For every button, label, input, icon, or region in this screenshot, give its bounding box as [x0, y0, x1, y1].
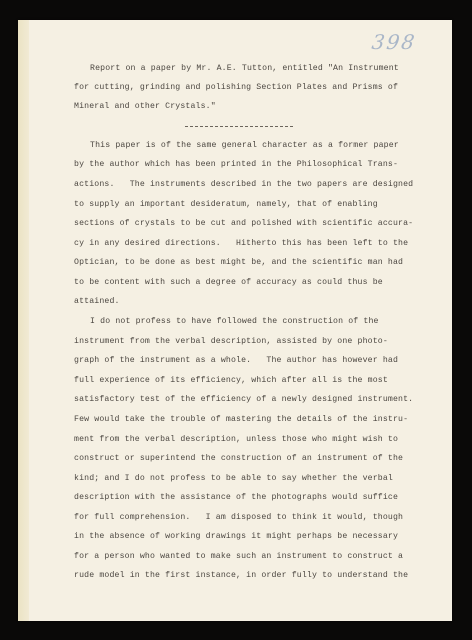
paragraph-2-line-5: satisfactory test of the efficiency of a…	[74, 395, 413, 404]
title-line-2: for cutting, grinding and polishing Sect…	[74, 83, 398, 92]
paragraph-2-line-2: instrument from the verbal description, …	[74, 337, 388, 346]
paragraph-1-line-8: to be content with such a degree of accu…	[74, 278, 383, 287]
paragraph-2-line-4: full experience of its efficiency, which…	[74, 376, 388, 385]
paragraph-1-line-6: cy in any desired directions. Hitherto t…	[74, 239, 408, 248]
paragraph-1-line-5: sections of crystals to be cut and polis…	[74, 219, 413, 228]
paragraph-2-line-11: for full comprehension. I am disposed to…	[74, 513, 403, 522]
page-binding-edge	[18, 20, 29, 621]
title-line-1: Report on a paper by Mr. A.E. Tutton, en…	[90, 64, 399, 73]
paragraph-1-line-3: actions. The instruments described in th…	[74, 180, 413, 189]
paragraph-2-line-9: kind; and I do not profess to be able to…	[74, 474, 393, 483]
paragraph-2-line-14: rude model in the first instance, in ord…	[74, 571, 408, 580]
scanned-document-view: 398 Report on a paper by Mr. A.E. Tutton…	[0, 0, 472, 640]
paragraph-2-line-10: description with the assistance of the p…	[74, 493, 398, 502]
paragraph-2-line-7: ment from the verbal description, unless…	[74, 435, 398, 444]
paragraph-1-line-4: to supply an important desideratum, name…	[74, 200, 378, 209]
paragraph-1-line-9: attained.	[74, 297, 120, 306]
typescript-page: 398 Report on a paper by Mr. A.E. Tutton…	[18, 20, 452, 621]
title-line-3: Mineral and other Crystals."	[74, 102, 216, 111]
paragraph-1-line-2: by the author which has been printed in …	[74, 160, 398, 169]
paragraph-2-line-12: in the absence of working drawings it mi…	[74, 532, 398, 541]
paragraph-2-line-6: Few would take the trouble of mastering …	[74, 415, 408, 424]
folio-number: 398	[370, 30, 418, 54]
paragraph-1-line-1: This paper is of the same general charac…	[90, 141, 399, 150]
separator-rule	[185, 126, 293, 127]
paragraph-2-line-3: graph of the instrument as a whole. The …	[74, 356, 398, 365]
paragraph-2-line-8: construct or superintend the constructio…	[74, 454, 403, 463]
paragraph-1-line-7: Optician, to be done as best might be, a…	[74, 258, 403, 267]
paragraph-2-line-1: I do not profess to have followed the co…	[90, 317, 379, 326]
paragraph-2-line-13: for a person who wanted to make such an …	[74, 552, 403, 561]
